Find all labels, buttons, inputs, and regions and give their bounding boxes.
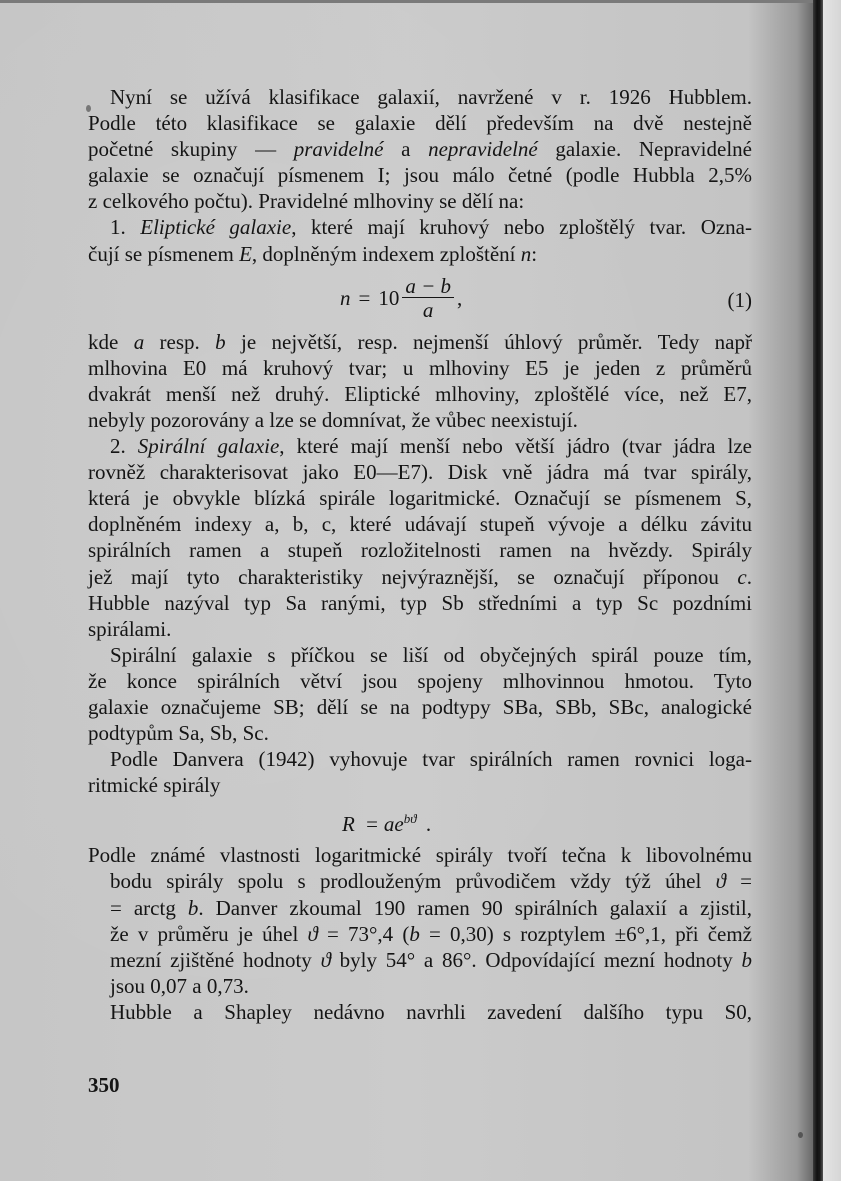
text-line: spirálami. bbox=[88, 616, 752, 642]
text-line: bodu spirály spolu s prodlouženým průvod… bbox=[88, 868, 752, 894]
equation-punctuation: . bbox=[426, 812, 431, 836]
text-line: rovněž charakterisovat jako E0—E7). Disk… bbox=[88, 459, 752, 485]
text-run: . Danver zkoumal 190 ramen 90 spirálních… bbox=[198, 896, 752, 920]
text-line: doplněném indexy a, b, c, které udávají … bbox=[88, 511, 752, 537]
equation-2: R =aebϑ . bbox=[88, 798, 752, 842]
text-line: dvakrát menší než druhý. Eliptické mlhov… bbox=[88, 381, 752, 407]
text-line: kde a resp. b je největší, resp. nejmenš… bbox=[88, 329, 752, 355]
text-run: = 73°,4 ( bbox=[318, 922, 410, 946]
italic-symbol: E bbox=[239, 242, 252, 266]
page-number: 350 bbox=[88, 1073, 120, 1098]
text-line: ritmické spirály bbox=[88, 772, 752, 798]
text-line: galaxie označujeme SB; dělí se na podtyp… bbox=[88, 694, 752, 720]
text-run: mezní zjištěné hodnoty bbox=[110, 948, 321, 972]
paragraph: Podle známé vlastnosti logaritmické spir… bbox=[88, 842, 752, 999]
text-run: je největší, resp. nejmenší úhlový průmě… bbox=[226, 330, 752, 354]
italic-symbol: ϑ bbox=[716, 869, 726, 893]
italic-symbol: c bbox=[737, 565, 746, 589]
equation-coefficient: 10 bbox=[378, 285, 399, 311]
text-line: spirálních ramen a stupeň rozložitelnost… bbox=[88, 537, 752, 563]
equation-lhs: n bbox=[340, 285, 351, 311]
text-line: Podle známé vlastnosti logaritmické spir… bbox=[88, 842, 752, 868]
text-run: = 0,30) s rozptylem ±6°,1, při čemž bbox=[420, 922, 752, 946]
equation-punctuation: , bbox=[457, 285, 462, 311]
italic-symbol: a bbox=[134, 330, 145, 354]
text-run: jež mají tyto charakteristiky nejvýrazně… bbox=[88, 565, 737, 589]
italic-symbol: ϑ bbox=[307, 922, 317, 946]
equation-lhs: R bbox=[342, 812, 355, 836]
paragraph: 1. Eliptické galaxie, které mají kruhový… bbox=[88, 214, 752, 266]
text-run: byly 54° a 86°. Odpovídající mezní hodno… bbox=[331, 948, 742, 972]
fraction-denominator: a bbox=[423, 298, 434, 322]
equation-exponent: bϑ bbox=[404, 811, 417, 826]
text-run: početné skupiny — bbox=[88, 137, 294, 161]
text-line: Podle Danvera (1942) vyhovuje tvar spirá… bbox=[88, 746, 752, 772]
text-line: nebyly pozorovány a lze se domnívat, že … bbox=[88, 407, 752, 433]
text-run: kde bbox=[88, 330, 134, 354]
text-line: Hubble nazýval typ Sa ranými, typ Sb stř… bbox=[88, 590, 752, 616]
text-run: = arctg bbox=[110, 896, 188, 920]
italic-symbol: b bbox=[215, 330, 226, 354]
body-text: Nyní se užívá klasifikace galaxií, navrž… bbox=[88, 80, 752, 1025]
text-run: , doplněným indexem zploštění bbox=[252, 242, 521, 266]
text-run: resp. bbox=[144, 330, 215, 354]
text-line: 2. Spirální galaxie, které mají menší ne… bbox=[88, 433, 752, 459]
text-run: bodu spirály spolu s prodlouženým průvod… bbox=[110, 869, 716, 893]
text-run: : bbox=[531, 242, 537, 266]
italic-symbol: b bbox=[741, 948, 752, 972]
text-line: že konce spirálních větví jsou spojeny m… bbox=[88, 668, 752, 694]
text-line: Nyní se užívá klasifikace galaxií, navrž… bbox=[88, 84, 752, 110]
text-line: že v průměru je úhel ϑ = 73°,4 (b = 0,30… bbox=[88, 921, 752, 947]
book-binding-edge bbox=[813, 0, 823, 1181]
paragraph: Spirální galaxie s příčkou se liší od ob… bbox=[88, 642, 752, 746]
text-line: která je obvykle blízká spirále logaritm… bbox=[88, 485, 752, 511]
text-run: , které mají kruhový nebo zploštělý tvar… bbox=[291, 215, 752, 239]
text-line: 1. Eliptické galaxie, které mají kruhový… bbox=[88, 214, 752, 240]
text-line: Podle této klasifikace se galaxie dělí p… bbox=[88, 110, 752, 136]
text-line: podtypům Sa, Sb, Sc. bbox=[88, 720, 752, 746]
equals-sign: = bbox=[359, 285, 371, 311]
paragraph: Nyní se užívá klasifikace galaxií, navrž… bbox=[88, 84, 752, 214]
equals-sign: = bbox=[366, 812, 378, 836]
paragraph: kde a resp. b je největší, resp. nejmenš… bbox=[88, 329, 752, 433]
italic-symbol: ϑ bbox=[321, 948, 331, 972]
italic-symbol: b bbox=[188, 896, 199, 920]
fraction-numerator: a − b bbox=[402, 275, 454, 298]
text-line: = arctg b. Danver zkoumal 190 ramen 90 s… bbox=[88, 895, 752, 921]
italic-term: nepravidelné bbox=[428, 137, 538, 161]
italic-term: Eliptické galaxie bbox=[140, 215, 291, 239]
equation-body: n = 10 a − b a , bbox=[340, 275, 462, 322]
list-number: 1. bbox=[110, 215, 140, 239]
text-line: jsou 0,07 a 0,73. bbox=[88, 973, 752, 999]
equation-number: (1) bbox=[728, 287, 753, 313]
equation-body: R =aebϑ . bbox=[342, 806, 431, 837]
italic-symbol: n bbox=[521, 242, 532, 266]
text-run: , které mají menší nebo větší jádro (tva… bbox=[279, 434, 752, 458]
equation-base: ae bbox=[384, 812, 404, 836]
paragraph: Podle Danvera (1942) vyhovuje tvar spirá… bbox=[88, 746, 752, 798]
text-line: galaxie se označují písmenem I; jsou mál… bbox=[88, 162, 752, 188]
text-run: a bbox=[384, 137, 429, 161]
equation-1: n = 10 a − b a , (1) bbox=[88, 271, 752, 327]
paragraph: Hubble a Shapley nedávno navrhli zaveden… bbox=[88, 999, 752, 1025]
text-line: mezní zjištěné hodnoty ϑ byly 54° a 86°.… bbox=[88, 947, 752, 973]
text-line: Spirální galaxie s příčkou se liší od ob… bbox=[88, 642, 752, 668]
paragraph: 2. Spirální galaxie, které mají menší ne… bbox=[88, 433, 752, 642]
adjacent-page-edge bbox=[823, 0, 841, 1181]
page-top-edge bbox=[0, 0, 813, 3]
italic-term: Spirální galaxie bbox=[138, 434, 280, 458]
fraction: a − b a bbox=[402, 275, 454, 322]
italic-symbol: b bbox=[409, 922, 420, 946]
text-line: z celkového počtu). Pravidelné mlhoviny … bbox=[88, 188, 752, 214]
text-run: že v průměru je úhel bbox=[110, 922, 307, 946]
text-line: Hubble a Shapley nedávno navrhli zaveden… bbox=[88, 999, 752, 1025]
text-line: početné skupiny — pravidelné a nepravide… bbox=[88, 136, 752, 162]
italic-term: pravidelné bbox=[294, 137, 384, 161]
scan-speck bbox=[798, 1132, 803, 1138]
text-run: čují se písmenem bbox=[88, 242, 239, 266]
text-line: mlhovina E0 má kruhový tvar; u mlhoviny … bbox=[88, 355, 752, 381]
text-run: = bbox=[726, 869, 752, 893]
list-number: 2. bbox=[110, 434, 138, 458]
text-line: čují se písmenem E, doplněným indexem zp… bbox=[88, 241, 752, 267]
text-line: jež mají tyto charakteristiky nejvýrazně… bbox=[88, 564, 752, 590]
text-run: galaxie. Nepravidelné bbox=[538, 137, 752, 161]
text-run: . bbox=[747, 565, 752, 589]
